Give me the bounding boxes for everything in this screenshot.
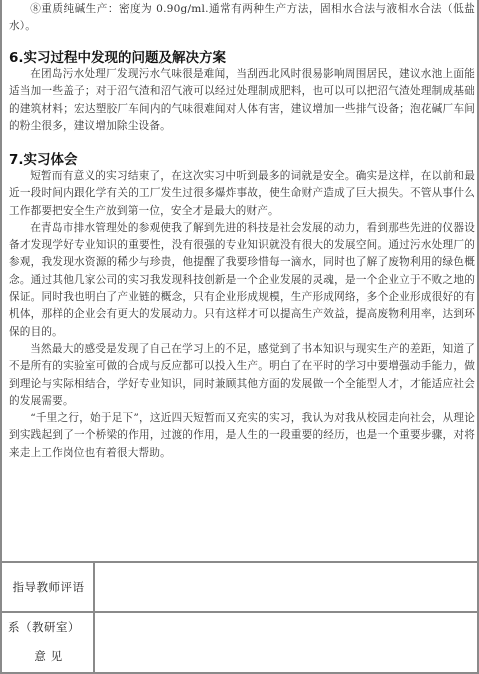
section-7-heading: 7.实习体会	[9, 148, 78, 168]
section-7-paragraph-4: “千里之行，始于足下”，这近四天短暂而又充实的实习，我认为对我从校园走向社会，从…	[9, 410, 475, 462]
report-body: ⑧重质纯碱生产：密度为 0.90g/ml.通常有两种生产方法，固相水合法与液相水…	[9, 0, 475, 562]
soda-ash-production-paragraph: ⑧重质纯碱生产：密度为 0.90g/ml.通常有两种生产方法，固相水合法与液相水…	[9, 1, 475, 36]
section-7-body: 短暂而有意义的实习结束了，在这次实习中听到最多的词就是安全。确实是这样，在以前和…	[9, 168, 475, 462]
department-opinion-label-line2: 意 见	[4, 648, 93, 664]
document-page: ⑧重质纯碱生产：密度为 0.90g/ml.通常有两种生产方法，固相水合法与液相水…	[0, 0, 479, 674]
advisor-comment-label: 指导教师评语	[4, 579, 93, 595]
section-6-heading: 6.实习过程中发现的问题及解决方案	[9, 46, 226, 66]
section-7-paragraph-1: 短暂而有意义的实习结束了，在这次实习中听到最多的词就是安全。确实是这样，在以前和…	[9, 168, 475, 220]
section-7-paragraph-3: 当然最大的感受是发现了自己在学习上的不足，感觉到了书本知识与现实生产的差距，知道…	[9, 341, 475, 410]
section-7-paragraph-2: 在青岛市排水管理处的参观使我了解到先进的科技是社会发展的动力，看到那些先进的仪器…	[9, 220, 475, 341]
department-opinion-cell[interactable]	[95, 613, 477, 672]
section-6-paragraph: 在团岛污水处理厂发现污水气味很是难闻，当刮西北风时很易影响周围居民，建议水池上面…	[9, 66, 475, 135]
advisor-comment-cell[interactable]	[95, 563, 477, 611]
department-opinion-label-line1: 系（教研室）	[8, 619, 97, 635]
